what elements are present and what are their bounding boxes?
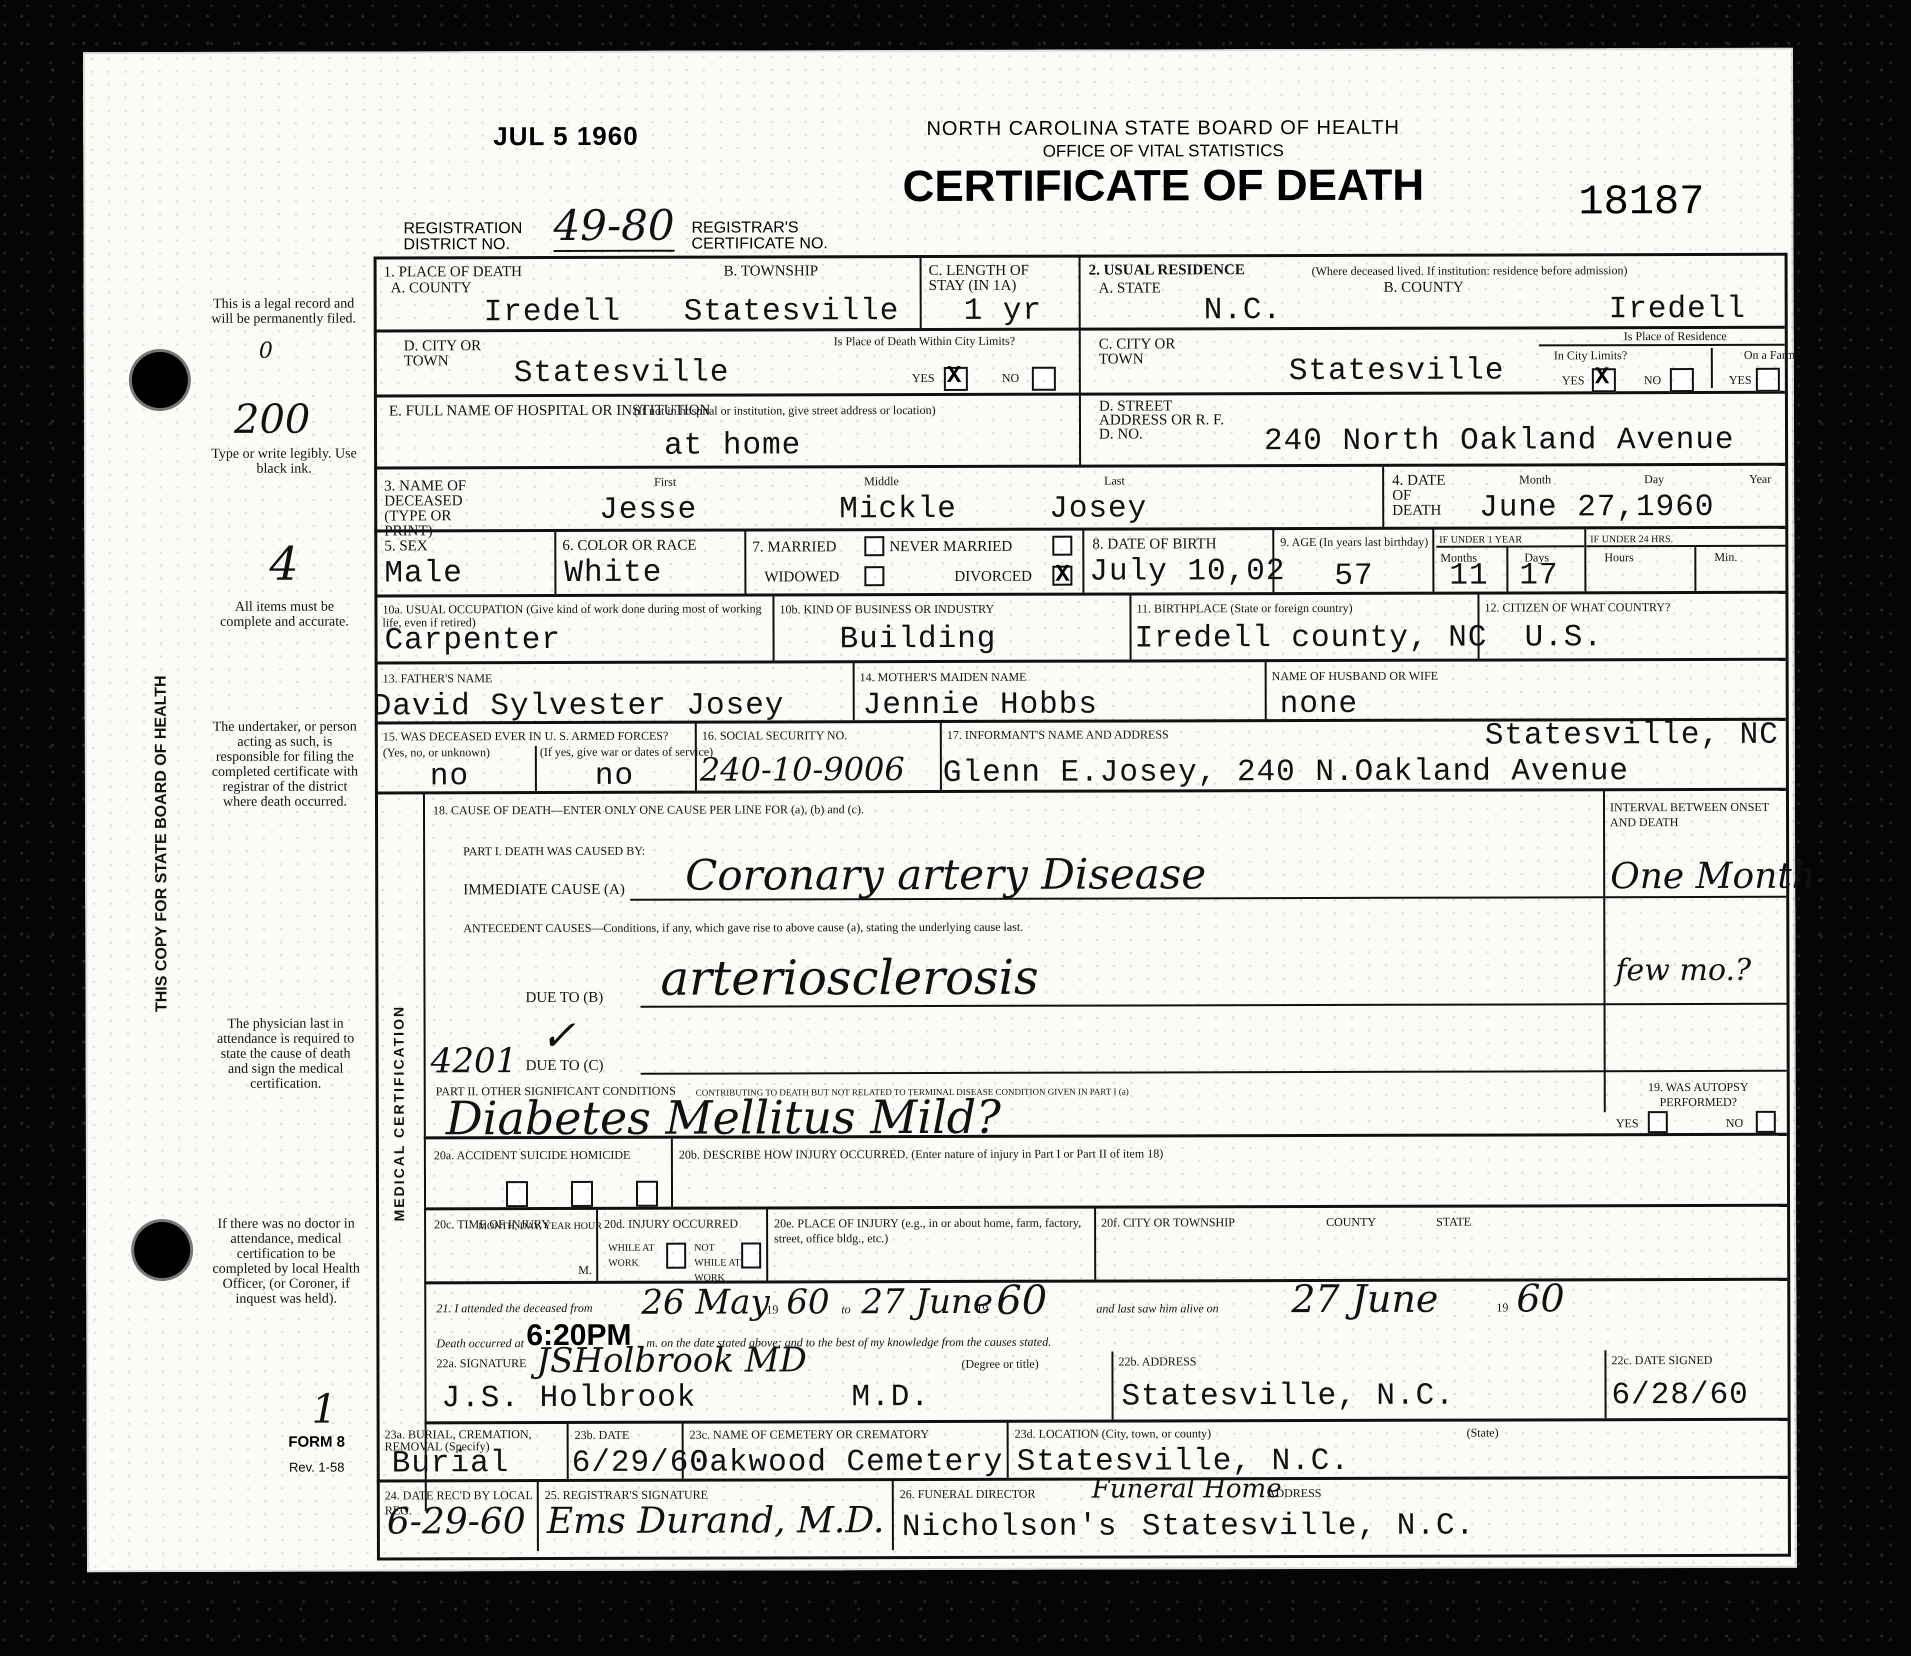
registrar-signature[interactable]: Ems Durand, M.D. [547, 1500, 885, 1542]
attended-from-year: 60 [786, 1282, 829, 1322]
autopsy-yes-checkbox[interactable] [1648, 1111, 1668, 1133]
signature-label: 22a. SIGNATURE [436, 1356, 526, 1371]
armed-service-value: no [595, 759, 634, 794]
never-married-checkbox[interactable] [1052, 536, 1072, 556]
widowed-label: WIDOWED [764, 570, 839, 585]
no-label: NO [1002, 371, 1019, 386]
immediate-cause-value: Coronary artery Disease [685, 849, 1206, 899]
form-revision: Rev. 1-58 [262, 1459, 372, 1474]
yes-label: YES [1562, 373, 1585, 388]
death-township-value: Statesville [684, 294, 900, 330]
year-prefix: 19 [1496, 1301, 1508, 1316]
physician-name-value: J.S. Holbrook [441, 1381, 696, 1417]
hand-mark: 4 [269, 537, 298, 591]
race-value: White [564, 556, 662, 591]
yes-label: YES [1616, 1116, 1639, 1131]
armed-service-hint: (If yes, give war or dates of service) [540, 745, 713, 760]
sex-value: Male [384, 556, 463, 591]
location-label: 23d. LOCATION (City, town, or county) [1015, 1426, 1212, 1442]
attended-to-year: 60 [996, 1278, 1047, 1324]
place-of-injury-label: 20e. PLACE OF INJURY (e.g., in or about … [774, 1216, 1084, 1247]
injury-city-label: 20f. CITY OR TOWNSHIP [1101, 1215, 1235, 1230]
last-saw-label: and last saw him alive on [1096, 1301, 1218, 1316]
divorced-checkbox[interactable] [1052, 566, 1072, 586]
to-label: to [841, 1302, 850, 1317]
due-to-b-value: arteriosclerosis [660, 950, 1038, 1007]
residence-state-label: a. STATE [1099, 281, 1161, 296]
received-stamp: JUL 5 1960 [493, 121, 638, 152]
dob-value: July 10,02 [1089, 554, 1285, 590]
mother-value: Jennie Hobbs [863, 688, 1098, 724]
father-value: David Sylvester Josey [373, 688, 785, 724]
immediate-interval-value: One Month [1610, 856, 1815, 898]
hours-label: Hours [1604, 550, 1633, 565]
in-city-limits-label: In City Limits? [1554, 348, 1627, 363]
funeral-address-value: Statesville, N.C. [1142, 1509, 1475, 1545]
father-label: 13. FATHER'S NAME [383, 671, 493, 686]
autopsy-label: 19. WAS AUTOPSY PERFORMED? [1616, 1080, 1781, 1110]
margin-note-undertaker: The undertaker, or person acting as such… [210, 720, 360, 810]
physician-degree-value: M.D. [851, 1380, 930, 1415]
age-value: 57 [1334, 559, 1373, 594]
punch-hole [132, 352, 188, 408]
accident-label: 20a. ACCIDENT SUICIDE HOMICIDE [434, 1148, 630, 1164]
spouse-value: none [1280, 687, 1359, 722]
occupation-value: Carpenter [385, 623, 562, 658]
on-farm-yes-checkbox[interactable] [1756, 368, 1780, 392]
m-label: M. [578, 1263, 592, 1278]
degree-label: (Degree or title) [961, 1357, 1038, 1372]
last-name-value: Josey [1049, 491, 1147, 526]
first-label: First [654, 475, 676, 490]
margin-note-complete: All items must be complete and accurate. [209, 600, 359, 630]
date-received-value: 6-29-60 [387, 1501, 526, 1542]
month-label: Month [1519, 472, 1551, 487]
yes-label: YES [1729, 373, 1752, 388]
funeral-home-handwritten: Funeral Home [1092, 1474, 1282, 1504]
race-label: 6. COLOR OR RACE [562, 539, 696, 554]
industry-label: 10b. KIND OF BUSINESS OR INDUSTRY [779, 602, 994, 618]
never-married-label: NEVER MARRIED [889, 540, 1012, 555]
interval-label: INTERVAL BETWEEN ONSET AND DEATH [1610, 800, 1780, 830]
residence-county-label: b. COUNTY [1384, 281, 1464, 296]
disposition-date-label: 23b. DATE [575, 1428, 630, 1443]
day-label: Day [1644, 472, 1664, 487]
suicide-checkbox[interactable] [571, 1181, 593, 1207]
margin-note-no-doctor: If there was no doctor in attendance, me… [211, 1217, 361, 1307]
immediate-cause-label: IMMEDIATE CAUSE (a) [463, 883, 625, 898]
residence-city-value: Statesville [1289, 354, 1505, 390]
agency-name: NORTH CAROLINA STATE BOARD OF HEALTH [783, 116, 1543, 141]
no-label: NO [1644, 373, 1661, 388]
street-value: 240 North Oakland Avenue [1264, 423, 1735, 459]
disposition-method-value: Burial [392, 1446, 510, 1481]
armed-forces-label: 15. WAS DECEASED EVER IN U. S. ARMED FOR… [383, 729, 669, 745]
checkmark-icon: ✓ [541, 1011, 576, 1060]
township-label: b. TOWNSHIP [724, 264, 819, 279]
informant-value: Glenn E.Josey, 240 N.Oakland Avenue [943, 754, 1629, 791]
attended-from-value: 26 May [641, 1282, 769, 1322]
due-to-b-label: DUE TO (b) [525, 991, 603, 1006]
due-to-c-label: DUE TO (c) [526, 1059, 604, 1074]
margin-note-type: Type or write legibly. Use black ink. [209, 447, 359, 477]
citizen-value: U.S. [1525, 620, 1604, 655]
married-checkbox[interactable] [864, 536, 884, 556]
not-while-at-work-checkbox[interactable] [741, 1242, 761, 1268]
last-saw-value: 27 June [1291, 1277, 1438, 1321]
disposition-date-value: 6/29/60 [572, 1446, 709, 1481]
physician-signature[interactable]: JSHolbrook MD [536, 1340, 806, 1381]
certificate-number: 18187 [1578, 178, 1704, 226]
date-of-death-value: June 27,1960 [1479, 490, 1714, 526]
residence-city-label: c. CITY OR TOWN [1099, 337, 1179, 367]
attended-label: 21. I attended the deceased from [436, 1301, 592, 1316]
death-county-value: Iredell [484, 295, 621, 330]
date-signed-label: 22c. DATE SIGNED [1611, 1353, 1712, 1368]
injury-county-label: COUNTY [1326, 1215, 1376, 1230]
no-label: NO [1726, 1116, 1743, 1131]
place-of-death-label: 1. PLACE OF DEATH [384, 265, 522, 279]
registration-district-value: 49-80 [553, 201, 674, 252]
ssn-value: 240-10-9006 [700, 750, 905, 789]
part1-label: PART I. DEATH WAS CAUSED BY: [463, 844, 645, 859]
yes-label: YES [912, 371, 935, 386]
registrar-certificate-label: REGISTRAR'S CERTIFICATE NO. [691, 220, 871, 252]
date-signed-value: 6/28/60 [1611, 1378, 1748, 1413]
citizen-label: 12. CITIZEN OF WHAT COUNTRY? [1484, 600, 1670, 615]
cause-code: 4201 [431, 1041, 518, 1081]
middle-label: Middle [864, 474, 899, 489]
armed-forces-hint: (Yes, no, or unknown) [383, 745, 490, 760]
armed-forces-value: no [430, 759, 469, 794]
months-value: 11 [1449, 559, 1488, 594]
married-label: 7. MARRIED [752, 540, 836, 555]
spouse-label: NAME OF HUSBAND OR WIFE [1272, 669, 1439, 684]
certifier-address-label: 22b. ADDRESS [1118, 1354, 1196, 1369]
page-title: CERTIFICATE OF DEATH [773, 160, 1553, 212]
death-certificate: JUL 5 1960 NORTH CAROLINA STATE BOARD OF… [83, 48, 1797, 1572]
industry-value: Building [840, 622, 997, 657]
birthplace-value: Iredell county, NC [1135, 621, 1488, 657]
location-state-label: (State) [1467, 1426, 1499, 1441]
attended-to-value: 27 June [861, 1282, 993, 1322]
middle-name-value: Mickle [839, 492, 957, 527]
hand-mark: 200 [234, 397, 310, 443]
medical-certification-label: MEDICAL CERTIFICATION [391, 1005, 408, 1222]
sex-label: 5. SEX [384, 539, 427, 554]
injury-state-label: STATE [1436, 1215, 1471, 1230]
accident-checkbox[interactable] [506, 1181, 528, 1207]
city-label: d. CITY OR TOWN [404, 339, 484, 369]
name-label: 3. NAME OF DECEASED (Type or Print) [384, 479, 494, 539]
in-city-limits-yes-checkbox[interactable] [1592, 368, 1616, 392]
homicide-checkbox[interactable] [636, 1181, 658, 1207]
year-label: Year [1749, 472, 1771, 487]
age-label: 9. AGE (In years last birthday) [1280, 535, 1430, 550]
days-value: 17 [1519, 558, 1558, 593]
last-saw-year: 60 [1516, 1276, 1564, 1320]
on-farm-label: On a Farm? [1744, 348, 1801, 363]
certifier-address-value: Statesville, N.C. [1121, 1379, 1454, 1415]
within-city-limits-label: Is Place of Death Within City Limits? [834, 334, 1074, 350]
funeral-address-label: ADDRESS [1267, 1486, 1322, 1501]
last-label: Last [1104, 474, 1125, 489]
hospital-hint: (If not in hospital or institution, give… [634, 403, 936, 419]
due-to-b-interval-value: few mo.? [1615, 953, 1751, 988]
year-prefix: 19 [976, 1302, 988, 1317]
informant-label: 17. INFORMANT'S NAME AND ADDRESS [947, 727, 1169, 743]
within-limits-yes-checkbox[interactable] [944, 367, 968, 391]
antecedent-label: ANTECEDENT CAUSES—Conditions, if any, wh… [463, 920, 1023, 936]
hand-mark: 1 [312, 1387, 338, 1433]
place-of-residence-label: Is Place of Residence [1624, 329, 1727, 344]
injury-occurred-label: 20d. INJURY OCCURRED [604, 1217, 738, 1232]
registration-district-label: REGISTRATION DISTRICT NO. [403, 221, 563, 253]
not-while-at-work-label: NOT WHILE AT WORK [694, 1241, 744, 1286]
divorced-label: DIVORCED [954, 570, 1032, 585]
margin-note-legal: This is a legal record and will be perma… [209, 297, 359, 327]
death-occurred-label: Death occurred at [436, 1336, 524, 1351]
length-of-stay-value: 1 yr [964, 294, 1043, 329]
min-label: Min. [1714, 550, 1737, 565]
first-name-value: Jesse [599, 493, 697, 528]
ssn-label: 16. SOCIAL SECURITY NO. [702, 728, 847, 743]
date-of-death-label: 4. DATE OF DEATH [1392, 474, 1462, 519]
residence-hint: (Where deceased lived. If institution: r… [1312, 263, 1628, 279]
in-city-limits-no-checkbox[interactable] [1670, 368, 1694, 392]
widowed-checkbox[interactable] [864, 566, 884, 586]
hand-mark: 0 [259, 339, 273, 364]
death-city-value: Statesville [514, 356, 730, 392]
funeral-director-label: 26. FUNERAL DIRECTOR [900, 1487, 1036, 1502]
length-of-stay-label: c. LENGTH OF STAY (in 1a) [929, 264, 1069, 294]
while-at-work-checkbox[interactable] [666, 1243, 686, 1269]
copy-designation: THIS COPY FOR STATE BOARD OF HEALTH [153, 675, 172, 1012]
informant-city-value: Statesville, NC [1485, 718, 1779, 754]
describe-injury-label: 20b. DESCRIBE HOW INJURY OCCURRED. (Ente… [679, 1146, 1163, 1162]
office-name: OFFICE OF VITAL STATISTICS [783, 140, 1543, 162]
birthplace-label: 11. BIRTHPLACE (State or foreign country… [1136, 601, 1352, 617]
time-of-injury-hint: MONTH, DAY, YEAR HOUR [478, 1219, 602, 1234]
residence-county-value: Iredell [1609, 292, 1746, 327]
residence-state-value: N.C. [1204, 293, 1283, 328]
margin-note-physician: The physician last in attendance is requ… [211, 1017, 361, 1092]
within-limits-no-checkbox[interactable] [1032, 367, 1056, 391]
county-label: a. COUNTY [391, 281, 472, 296]
street-label: d. STREET ADDRESS or R. F. D. NO. [1099, 399, 1239, 441]
cause-of-death-label: 18. CAUSE OF DEATH—ENTER ONLY ONE CAUSE … [433, 802, 864, 818]
cemetery-value: Oakwood Cemetery [690, 1445, 1004, 1481]
hospital-value: at home [664, 428, 801, 463]
dob-label: 8. DATE OF BIRTH [1092, 537, 1216, 552]
cemetery-label: 23c. NAME OF CEMETERY OR CREMATORY [690, 1427, 929, 1443]
punch-hole [134, 1222, 190, 1278]
autopsy-no-checkbox[interactable] [1756, 1111, 1776, 1133]
year-prefix: 19 [766, 1302, 778, 1317]
mother-label: 14. MOTHER'S MAIDEN NAME [860, 670, 1027, 685]
while-at-work-label: WHILE AT WORK [608, 1241, 663, 1271]
form-number: FORM 8 [262, 1433, 372, 1450]
funeral-director-value: Nicholson's [902, 1510, 1118, 1546]
residence-label: 2. USUAL RESIDENCE [1089, 263, 1245, 278]
